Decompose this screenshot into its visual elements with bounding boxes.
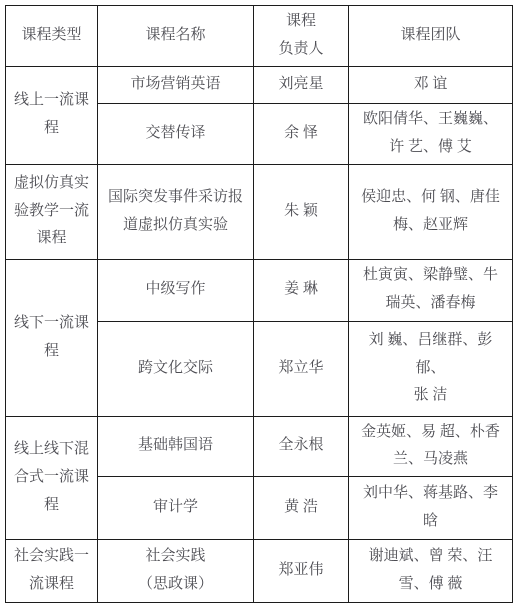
course-team-cell: 刘 巍、吕继群、彭郁、 张 洁: [349, 321, 513, 416]
course-name-cell: 跨文化交际: [98, 321, 254, 416]
course-name-cell: 市场营销英语: [98, 66, 254, 103]
course-leader-cell: 姜 琳: [254, 259, 349, 321]
header-course-name: 课程名称: [98, 6, 254, 67]
table-row: 虚拟仿真实验教学一流课程 国际突发事件采访报道虚拟仿真实验 朱 颖 侯迎忠、何 …: [6, 164, 513, 259]
course-type-cell: 虚拟仿真实验教学一流课程: [6, 164, 98, 259]
course-leader-cell: 郑亚伟: [254, 540, 349, 603]
course-name-cell: 交替传译: [98, 103, 254, 164]
course-team-cell: 刘中华、蒋基路、李晗: [349, 477, 513, 540]
table-row: 线上一流课程 市场营销英语 刘亮星 邓 谊: [6, 66, 513, 103]
course-leader-cell: 黄 浩: [254, 477, 349, 540]
table-row: 线上线下混合式一流课程 基础韩国语 全永根 金英姬、易 超、朴香兰、马凌燕: [6, 416, 513, 477]
course-name-cell: 基础韩国语: [98, 416, 254, 477]
header-course-type: 课程类型: [6, 6, 98, 67]
course-type-cell: 线下一流课程: [6, 259, 98, 416]
course-team-cell: 金英姬、易 超、朴香兰、马凌燕: [349, 416, 513, 477]
course-name-cell: 社会实践 （思政课）: [98, 540, 254, 603]
course-type-cell: 线上线下混合式一流课程: [6, 416, 98, 540]
course-team-cell: 谢迪斌、曾 荣、汪雪、傅 薇: [349, 540, 513, 603]
course-leader-cell: 全永根: [254, 416, 349, 477]
table-row: 社会实践一流课程 社会实践 （思政课） 郑亚伟 谢迪斌、曾 荣、汪雪、傅 薇: [6, 540, 513, 603]
course-name-cell: 中级写作: [98, 259, 254, 321]
course-type-cell: 线上一流课程: [6, 66, 98, 164]
course-team-cell: 欧阳倩华、王巍巍、许 艺、傅 艾: [349, 103, 513, 164]
header-course-team: 课程团队: [349, 6, 513, 67]
course-leader-cell: 刘亮星: [254, 66, 349, 103]
course-team-cell: 杜寅寅、梁静璧、牛瑞英、潘春梅: [349, 259, 513, 321]
course-leader-cell: 余 怿: [254, 103, 349, 164]
course-type-cell: 社会实践一流课程: [6, 540, 98, 603]
header-course-leader: 课程 负责人: [254, 6, 349, 67]
course-leader-cell: 郑立华: [254, 321, 349, 416]
course-name-cell: 审计学: [98, 477, 254, 540]
course-leader-cell: 朱 颖: [254, 164, 349, 259]
course-table: 课程类型 课程名称 课程 负责人 课程团队 线上一流课程 市场营销英语 刘亮星 …: [5, 5, 513, 603]
table-row: 线下一流课程 中级写作 姜 琳 杜寅寅、梁静璧、牛瑞英、潘春梅: [6, 259, 513, 321]
table-header-row: 课程类型 课程名称 课程 负责人 课程团队: [6, 6, 513, 67]
course-name-cell: 国际突发事件采访报道虚拟仿真实验: [98, 164, 254, 259]
course-team-cell: 邓 谊: [349, 66, 513, 103]
course-team-cell: 侯迎忠、何 钢、唐佳梅、赵亚辉: [349, 164, 513, 259]
